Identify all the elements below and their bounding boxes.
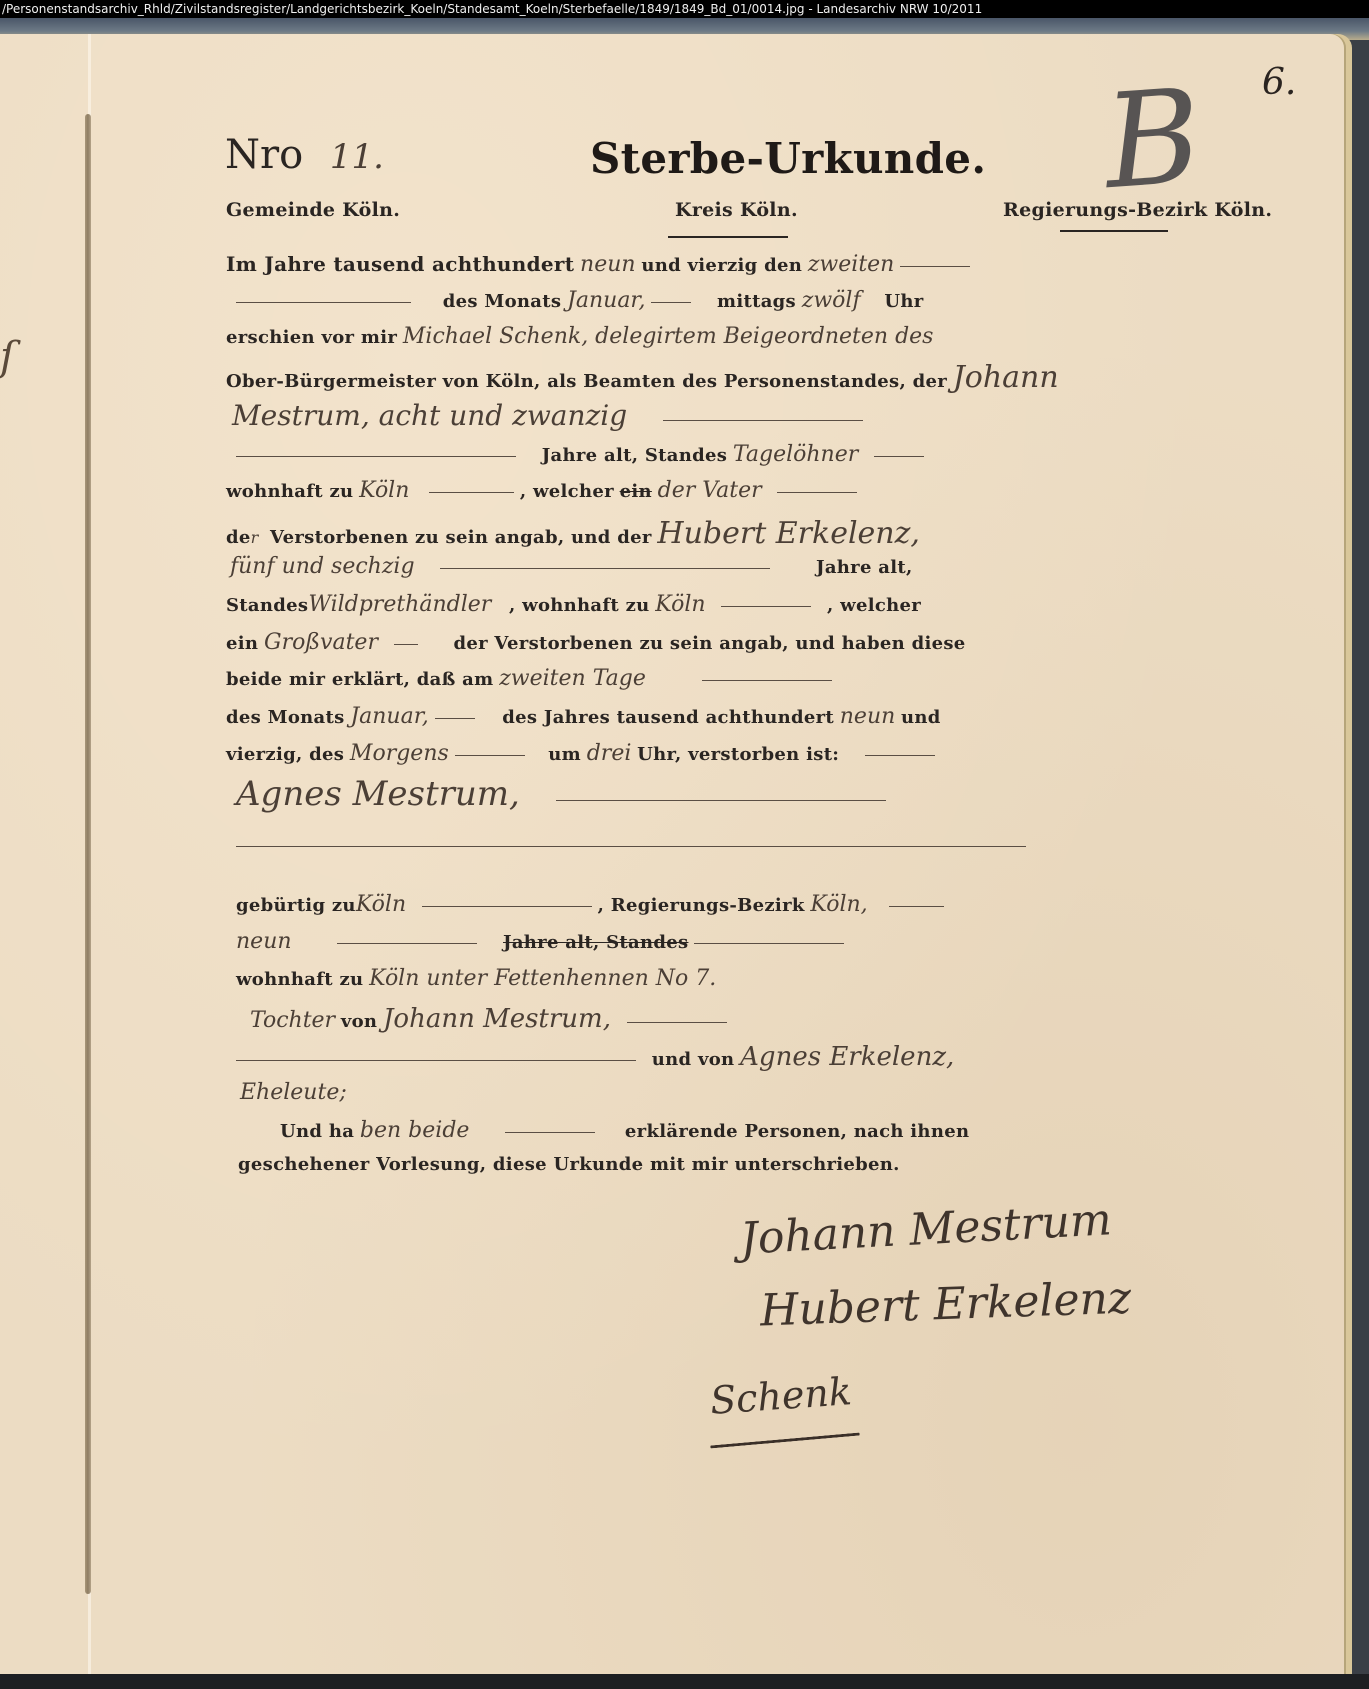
handwritten-death-hour: drei [587,741,632,766]
handwritten-informant-name-age: Mestrum, acht und zwanzig [232,399,627,432]
number-value: 11. [330,137,384,177]
number-label: Nro [225,132,303,178]
struck-word: ein [620,481,652,502]
handwritten-father-name: Johann Mestrum, [383,1004,611,1034]
handwritten-official: Michael Schenk, delegirtem Beigeordneten… [403,324,934,349]
handwritten-birthplace: Köln [356,892,406,917]
handwritten-relation-second: Großvater [264,630,378,655]
signature-hubert-erkelenz: Hubert Erkelenz [759,1273,1132,1337]
handwritten-deceased-address: Köln unter Fettenhennen No 7. [369,966,716,991]
handwritten-year-digit: neun [580,252,636,277]
page-number: 6. [1262,62,1296,103]
body-line-14: vierzig, des Morgens um drei Uhr, versto… [226,741,935,766]
handwritten-occupation-second: Wildprethändler [308,592,491,617]
blank-rule [236,846,1026,847]
gemeinde-label: Gemeinde Köln. [226,199,400,221]
body-line-20: und von Agnes Erkelenz, [236,1042,954,1072]
body-line-13: des Monats Januar, des Jahres tausend ac… [226,704,941,729]
signature-flourish [710,1432,860,1448]
handwritten-residence: Köln [359,478,409,503]
body-line-4: Ober-Bürgermeister von Köln, als Beamten… [226,360,1059,395]
document-title: Sterbe-Urkunde. [590,134,986,183]
body-line-11: ein Großvater der Verstorbenen zu sein a… [226,630,966,655]
handwritten-second-informant: Hubert Erkelenz, [657,516,920,551]
bezirk-underline [1060,230,1168,232]
kreis-label: Kreis Köln. [675,199,798,221]
handwritten-age-second-informant: fünf und sechzig [230,554,415,579]
document-number: Nro 11. [225,132,384,178]
handwritten-mother-name: Agnes Erkelenz, [740,1042,954,1072]
body-line-22: Und ha ben beide erklärende Personen, na… [280,1118,969,1143]
window-title-bar: /Personenstandsarchiv_Rhld/Zivilstandsre… [0,0,1369,18]
book-bottom-edge [0,1674,1369,1689]
handwritten-informant-first-name: Johann [953,360,1059,395]
body-line-9: fünf und sechzig Jahre alt, [230,554,913,579]
body-line-18: wohnhaft zu Köln unter Fettenhennen No 7… [236,966,716,991]
handwritten-both: ben beide [360,1118,470,1143]
handwritten-hour: zwölf [802,288,861,313]
body-line-6: Jahre alt, Standes Tagelöhner [236,442,924,467]
body-line-3: erschien vor mir Michael Schenk, delegir… [226,324,933,349]
signature-schenk: Schenk [709,1369,854,1423]
body-line-12: beide mir erklärt, daß am zweiten Tage [226,666,832,691]
regierungsbezirk-label: Regierungs-Bezirk Köln. [1003,199,1272,221]
stamp-mark-icon: B [1101,71,1205,207]
binding-thread [85,114,91,1594]
handwritten-parents-status: Eheleute; [240,1080,347,1105]
handwritten-day: zweiten [808,252,895,277]
left-page-ink-mark: ſ [0,334,15,380]
body-line-2: des Monats Januar, mittags zwölf Uhr [236,288,924,313]
body-line-deceased: Agnes Mestrum, [236,774,886,814]
body-line-17: neun Jahre alt, Standes [236,929,844,954]
body-line-21: Eheleute; [240,1080,347,1105]
handwritten-deceased-name: Agnes Mestrum, [236,774,520,814]
handwritten-relation-deceased: Tochter [250,1008,335,1033]
body-line-23: geschehener Vorlesung, diese Urkunde mit… [238,1154,900,1175]
body-line-10: StandesWildprethändler , wohnhaft zu Köl… [226,592,921,617]
handwritten-occupation: Tagelöhner [733,442,858,467]
handwritten-relation: der Vater [658,478,762,503]
body-line-7: wohnhaft zu Köln , welcher ein der Vater [226,478,857,503]
body-line-5: Mestrum, acht und zwanzig [232,399,863,432]
handwritten-deceased-age: neun [236,929,292,954]
handwritten-time-of-day: Morgens [350,741,449,766]
window-title: /Personenstandsarchiv_Rhld/Zivilstandsre… [2,2,982,16]
body-line-1: Im Jahre tausend achthundert neun und vi… [226,252,970,277]
body-line-19: Tochter von Johann Mestrum, [250,1004,727,1034]
signature-johann-mestrum: Johann Mestrum [739,1194,1113,1264]
scanned-document-viewport: ſ 6. B Nro 11. Sterbe-Urkunde. Gemeinde … [0,18,1369,1689]
handwritten-death-day: zweiten Tage [499,666,646,691]
body-line-8: der Verstorbenen zu sein angab, und der … [226,516,920,551]
document-page: ſ 6. B Nro 11. Sterbe-Urkunde. Gemeinde … [0,34,1352,1674]
handwritten-month: Januar, [567,288,645,313]
body-line-16: gebürtig zuKöln , Regierungs-Bezirk Köln… [236,892,944,917]
title-underline [668,236,788,238]
handwritten-death-month: Januar, [350,704,428,729]
